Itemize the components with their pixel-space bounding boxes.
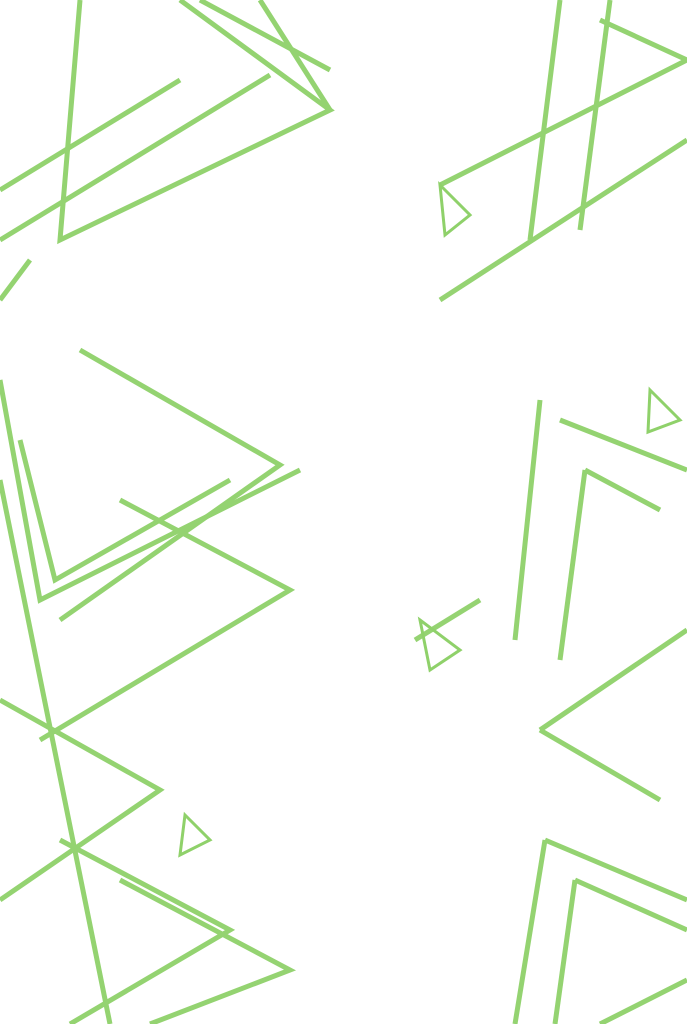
question-82 <box>110 346 146 366</box>
question-81 <box>110 305 146 325</box>
question-79 <box>110 222 146 242</box>
question-80 <box>110 263 146 283</box>
exam-page <box>0 0 687 1024</box>
question-78 <box>110 160 146 180</box>
question-77 <box>110 118 146 138</box>
